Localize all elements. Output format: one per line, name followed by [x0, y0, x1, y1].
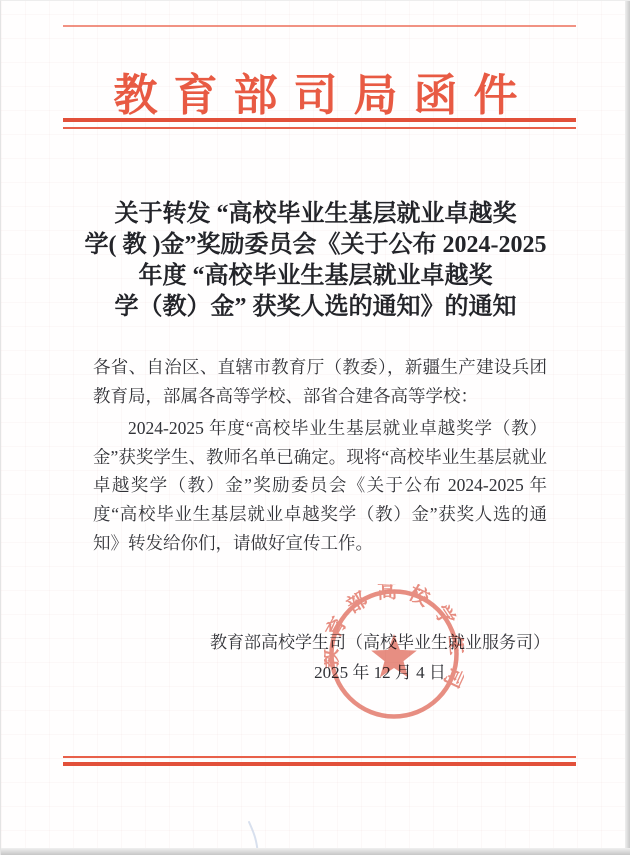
page-edge-bottom: [1, 848, 630, 855]
document-title-line-4: 学（教）金” 获奖人选的通知》的通知: [1, 292, 630, 323]
header-rule-thick: [63, 118, 576, 122]
document-title-line-2: 学( 教 )金”奖励委员会《关于公布 2024-2025: [1, 230, 630, 261]
footer-rule-thin: [63, 756, 576, 758]
document-page: 教育部司局函件 关于转发 “高校毕业生基层就业卓越奖 学( 教 )金”奖励委员会…: [0, 0, 630, 855]
header-top-rule: [63, 25, 576, 27]
main-paragraph: 2024-2025 年度“高校毕业生基层就业卓越奖学（教）金”获奖学生、教师名单…: [93, 414, 547, 557]
document-title: 关于转发 “高校毕业生基层就业卓越奖 学( 教 )金”奖励委员会《关于公布 20…: [1, 199, 630, 323]
page-edge-right: [625, 1, 630, 855]
document-title-line-1: 关于转发 “高校毕业生基层就业卓越奖: [1, 199, 630, 230]
document-body: 各省、自治区、直辖市教育厅（教委），新疆生产建设兵团教育局，部属各高等学校、部省…: [93, 353, 547, 557]
signature-date: 2025 年 12 月 4 日: [210, 658, 550, 688]
signature-department: 教育部高校学生司（高校毕业生就业服务司）: [210, 628, 550, 658]
footer-rule-thick: [63, 762, 576, 766]
header-rule-thin: [63, 127, 576, 129]
letterhead-title: 教育部司局函件: [1, 59, 630, 123]
document-title-line-3: 年度 “高校毕业生基层就业卓越奖: [1, 261, 630, 292]
signature-block: 教育部高校学生司（高校毕业生就业服务司） 2025 年 12 月 4 日: [210, 628, 550, 688]
salutation-paragraph: 各省、自治区、直辖市教育厅（教委），新疆生产建设兵团教育局，部属各高等学校、部省…: [93, 353, 547, 410]
